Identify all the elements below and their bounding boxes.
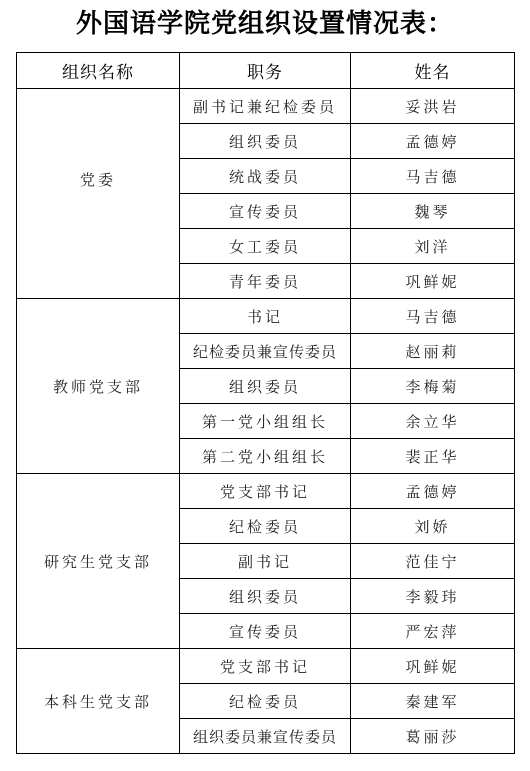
person-name-cell: 范佳宁 — [351, 544, 515, 579]
person-name-cell: 余立华 — [351, 404, 515, 439]
position-cell: 纪检委员 — [180, 509, 351, 544]
person-name-cell: 刘洋 — [351, 229, 515, 264]
position-cell: 纪检委员 — [180, 684, 351, 719]
person-name-cell: 妥洪岩 — [351, 89, 515, 124]
table-header-row: 组织名称 职务 姓名 — [17, 53, 515, 89]
header-org-name: 组织名称 — [17, 53, 180, 89]
person-name-cell: 孟德婷 — [351, 474, 515, 509]
position-cell: 组织委员 — [180, 579, 351, 614]
person-name-cell: 孟德婷 — [351, 124, 515, 159]
org-structure-table: 组织名称 职务 姓名 党委 副书记兼纪检委员 妥洪岩 组织委员 孟德婷 统战委员… — [16, 52, 515, 754]
position-cell: 统战委员 — [180, 159, 351, 194]
person-name-cell: 李梅菊 — [351, 369, 515, 404]
person-name-cell: 魏琴 — [351, 194, 515, 229]
position-cell: 书记 — [180, 299, 351, 334]
group-label: 党委 — [17, 89, 179, 190]
position-cell: 党支部书记 — [180, 474, 351, 509]
position-cell: 副书记 — [180, 544, 351, 579]
group-undergraduate-branch: 本科生党支部 — [17, 649, 180, 754]
person-name-cell: 赵丽莉 — [351, 334, 515, 369]
person-name-cell: 严宏萍 — [351, 614, 515, 649]
group-label: 研究生党支部 — [44, 553, 152, 571]
position-cell: 青年委员 — [180, 264, 351, 299]
group-party-committee: 党委 — [17, 89, 180, 299]
person-name-cell: 李毅玮 — [351, 579, 515, 614]
person-name-cell: 马吉德 — [351, 159, 515, 194]
position-cell: 宣传委员 — [180, 194, 351, 229]
position-cell: 第二党小组组长 — [180, 439, 351, 474]
person-name-cell: 刘娇 — [351, 509, 515, 544]
position-cell: 组织委员 — [180, 369, 351, 404]
person-name-cell: 巩鲜妮 — [351, 264, 515, 299]
position-cell: 纪检委员兼宣传委员 — [180, 334, 351, 369]
position-cell: 副书记兼纪检委员 — [180, 89, 351, 124]
group-graduate-branch: 研究生党支部 — [17, 474, 180, 649]
position-cell: 党支部书记 — [180, 649, 351, 684]
page-title: 外国语学院党组织设置情况表： — [0, 4, 530, 44]
position-cell: 女工委员 — [180, 229, 351, 264]
table-row: 党委 副书记兼纪检委员 妥洪岩 — [17, 89, 515, 124]
position-cell: 组织委员兼宣传委员 — [180, 719, 351, 754]
group-label: 本科生党支部 — [44, 693, 152, 711]
position-cell: 第一党小组组长 — [180, 404, 351, 439]
person-name-cell: 巩鲜妮 — [351, 649, 515, 684]
group-faculty-branch: 教师党支部 — [17, 299, 180, 474]
person-name-cell: 葛丽莎 — [351, 719, 515, 754]
header-position: 职务 — [180, 53, 351, 89]
header-person-name: 姓名 — [351, 53, 515, 89]
table-row: 研究生党支部 党支部书记 孟德婷 — [17, 474, 515, 509]
table-row: 教师党支部 书记 马吉德 — [17, 299, 515, 334]
position-cell: 宣传委员 — [180, 614, 351, 649]
person-name-cell: 秦建军 — [351, 684, 515, 719]
person-name-cell: 裴正华 — [351, 439, 515, 474]
position-cell: 组织委员 — [180, 124, 351, 159]
person-name-cell: 马吉德 — [351, 299, 515, 334]
table-row: 本科生党支部 党支部书记 巩鲜妮 — [17, 649, 515, 684]
group-label: 教师党支部 — [53, 378, 143, 396]
